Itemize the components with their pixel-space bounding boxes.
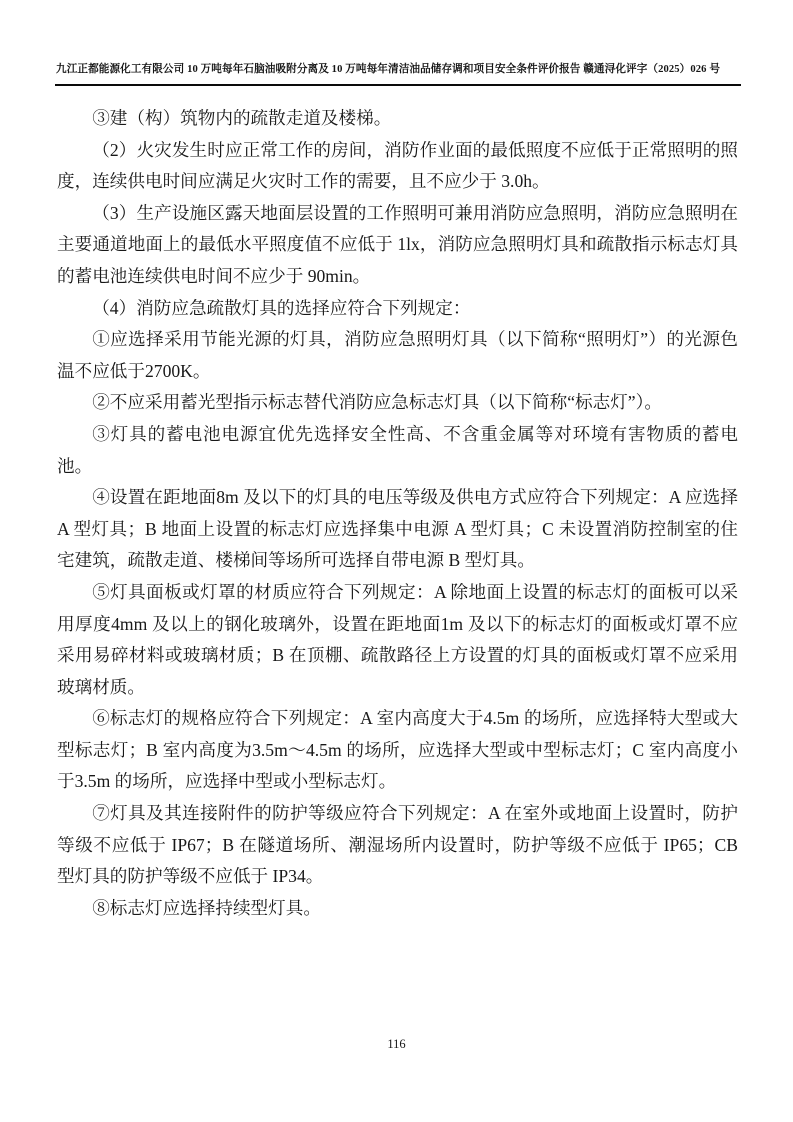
paragraph-sub-3: ③灯具的蓄电池电源宜优先选择安全性高、不含重金属等对环境有害物质的蓄电池。 [57,419,738,482]
document-body: ③建（构）筑物内的疏散走道及楼梯。 （2）火灾发生时应正常工作的房间，消防作业面… [57,103,738,924]
paragraph-sub-2: ②不应采用蓄光型指示标志替代消防应急标志灯具（以下简称“标志灯”）。 [57,387,738,419]
paragraph-item-3-building: ③建（构）筑物内的疏散走道及楼梯。 [57,103,738,135]
paragraph-sub-1: ①应选择采用节能光源的灯具，消防应急照明灯具（以下简称“照明灯”）的光源色温不应… [57,324,738,387]
paragraph-sub-7: ⑦灯具及其连接附件的防护等级应符合下列规定：A 在室外或地面上设置时，防护等级不… [57,798,738,893]
document-page: 九江正都能源化工有限公司 10 万吨每年石脑油吸附分离及 10 万吨每年清洁油品… [0,0,793,1122]
paragraph-sub-4: ④设置在距地面8m 及以下的灯具的电压等级及供电方式应符合下列规定：A 应选择 … [57,482,738,577]
paragraph-rule-4: （4）消防应急疏散灯具的选择应符合下列规定： [57,293,738,325]
paragraph-sub-6: ⑥标志灯的规格应符合下列规定：A 室内高度大于4.5m 的场所，应选择特大型或大… [57,703,738,798]
paragraph-rule-2: （2）火灾发生时应正常工作的房间，消防作业面的最低照度不应低于正常照明的照度，连… [57,135,738,198]
page-header-title: 九江正都能源化工有限公司 10 万吨每年石脑油吸附分离及 10 万吨每年清洁油品… [56,61,740,76]
paragraph-sub-5: ⑤灯具面板或灯罩的材质应符合下列规定：A 除地面上设置的标志灯的面板可以采用厚度… [57,577,738,703]
paragraph-rule-3: （3）生产设施区露天地面层设置的工作照明可兼用消防应急照明，消防应急照明在主要通… [57,198,738,293]
paragraph-sub-8: ⑧标志灯应选择持续型灯具。 [57,893,738,925]
page-footer: 116 [0,1037,793,1052]
header-divider [55,84,741,86]
page-number: 116 [387,1037,405,1051]
